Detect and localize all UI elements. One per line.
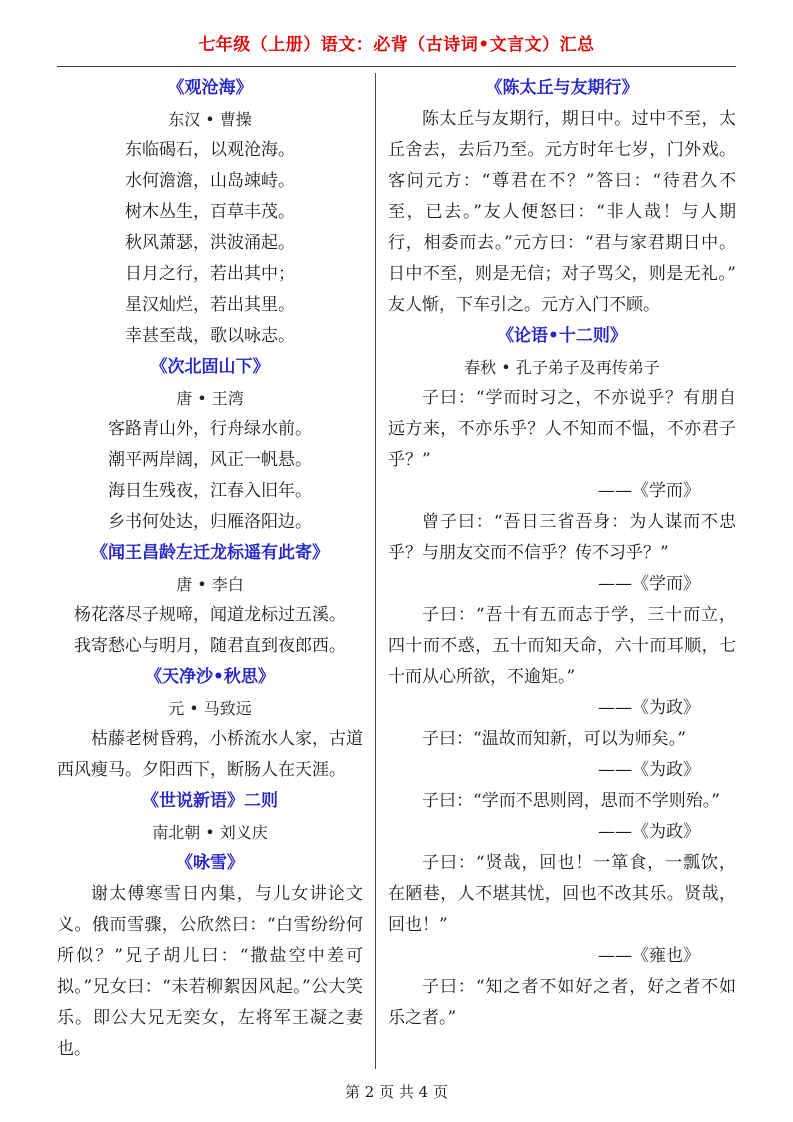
section-title: 《世说新语》二则 — [57, 786, 363, 817]
column-divider — [375, 73, 376, 1069]
author-line: 东汉 • 曹操 — [57, 104, 363, 135]
prose-paragraph: 谢太傅寒雪日内集，与儿女讲论文义。俄而雪骤，公欣然曰：“白雪纷纷何所似？”兄子胡… — [57, 879, 363, 1065]
section-poem: 《观沧海》东汉 • 曹操东临碣石，以观沧海。水何澹澹，山岛竦峙。树木丛生，百草丰… — [57, 73, 363, 352]
poem-line: 星汉灿烂，若出其里。 — [57, 290, 363, 321]
author-line: 元 • 马致远 — [57, 693, 363, 724]
section-title: 《观沧海》 — [57, 73, 363, 104]
analects-entry: 子曰：“知之者不如好之者，好之者不如乐之者。” — [388, 972, 736, 1034]
poem-line: 水何澹澹，山岛竦峙。 — [57, 166, 363, 197]
poem-line: 我寄愁心与明月，随君直到夜郎西。 — [57, 631, 363, 662]
poem-line: 幸甚至哉，歌以咏志。 — [57, 321, 363, 352]
citation-line: ——《雍也》 — [388, 941, 736, 972]
poem-line: 海日生残夜，江春入旧年。 — [57, 476, 363, 507]
analects-entry: 子曰：“学而不思则罔，思而不学则殆。” — [388, 786, 736, 817]
right-column: 《陈太丘与友期行》陈太丘与友期行，期日中。过中不至，太丘舍去，去后乃至。元方时年… — [388, 73, 736, 1069]
prose-paragraph: 陈太丘与友期行，期日中。过中不至，太丘舍去，去后乃至。元方时年七岁，门外戏。客问… — [388, 104, 736, 321]
author-line: 唐 • 李白 — [57, 569, 363, 600]
analects-entry: 子曰：“温故而知新，可以为师矣。” — [388, 724, 736, 755]
poem-line: 树木丛生，百草丰茂。 — [57, 197, 363, 228]
citation-line: ——《为政》 — [388, 817, 736, 848]
section-title: 《论语•十二则》 — [388, 321, 736, 352]
poem-line: 秋风萧瑟，洪波涌起。 — [57, 228, 363, 259]
author-line: 唐 • 王湾 — [57, 383, 363, 414]
prose-paragraph: 枯藤老树昏鸦，小桥流水人家，古道西风瘦马。夕阳西下，断肠人在天涯。 — [57, 724, 363, 786]
section-title: 《闻王昌龄左迁龙标遥有此寄》 — [57, 538, 363, 569]
page-header-title: 七年级（上册）语文：必背（古诗词•文言文）汇总 — [0, 0, 793, 55]
section-title: 《次北固山下》 — [57, 352, 363, 383]
document-page: 七年级（上册）语文：必背（古诗词•文言文）汇总 《观沧海》东汉 • 曹操东临碣石… — [0, 0, 793, 1122]
poem-line: 乡书何处达，归雁洛阳边。 — [57, 507, 363, 538]
section-poem: 《闻王昌龄左迁龙标遥有此寄》唐 • 李白杨花落尽子规啼，闻道龙标过五溪。我寄愁心… — [57, 538, 363, 662]
section-analects: 《论语•十二则》春秋 • 孔子弟子及再传弟子子曰：“学而时习之，不亦说乎？有朋自… — [388, 321, 736, 1034]
section-prose: 《陈太丘与友期行》陈太丘与友期行，期日中。过中不至，太丘舍去，去后乃至。元方时年… — [388, 73, 736, 321]
citation-line: ——《为政》 — [388, 755, 736, 786]
section-prose: 《咏雪》谢太傅寒雪日内集，与儿女讲论文义。俄而雪骤，公欣然曰：“白雪纷纷何所似？… — [57, 848, 363, 1065]
poem-line: 客路青山外，行舟绿水前。 — [57, 414, 363, 445]
two-column-body: 《观沧海》东汉 • 曹操东临碣石，以观沧海。水何澹澹，山岛竦峙。树木丛生，百草丰… — [57, 67, 736, 1069]
author-line: 春秋 • 孔子弟子及再传弟子 — [388, 352, 736, 383]
analects-entry: 子曰：“吾十有五而志于学，三十而立，四十而不惑，五十而知天命，六十而耳顺，七十而… — [388, 600, 736, 693]
section-title: 《陈太丘与友期行》 — [388, 73, 736, 104]
left-column: 《观沧海》东汉 • 曹操东临碣石，以观沧海。水何澹澹，山岛竦峙。树木丛生，百草丰… — [57, 73, 363, 1069]
poem-line: 杨花落尽子规啼，闻道龙标过五溪。 — [57, 600, 363, 631]
section-poem: 《次北固山下》唐 • 王湾客路青山外，行舟绿水前。潮平两岸阔，风正一帆悬。海日生… — [57, 352, 363, 538]
citation-line: ——《为政》 — [388, 693, 736, 724]
author-line: 南北朝 • 刘义庆 — [57, 817, 363, 848]
section-title: 《天净沙•秋思》 — [57, 662, 363, 693]
analects-entry: 子曰：“贤哉，回也！一箪食，一瓢饮，在陋巷，人不堪其忧，回也不改其乐。贤哉，回也… — [388, 848, 736, 941]
page-number-footer: 第 2 页 共 4 页 — [0, 1081, 793, 1102]
citation-line: ——《学而》 — [388, 569, 736, 600]
section-prose: 《天净沙•秋思》元 • 马致远枯藤老树昏鸦，小桥流水人家，古道西风瘦马。夕阳西下… — [57, 662, 363, 786]
poem-line: 东临碣石，以观沧海。 — [57, 135, 363, 166]
section-heading: 《世说新语》二则南北朝 • 刘义庆 — [57, 786, 363, 848]
section-title: 《咏雪》 — [57, 848, 363, 879]
citation-line: ——《学而》 — [388, 476, 736, 507]
poem-line: 日月之行，若出其中； — [57, 259, 363, 290]
analects-entry: 曾子曰：“吾日三省吾身：为人谋而不忠乎？与朋友交而不信乎？传不习乎？” — [388, 507, 736, 569]
analects-entry: 子曰：“学而时习之，不亦说乎？有朋自远方来，不亦乐乎？人不知而不愠，不亦君子乎？… — [388, 383, 736, 476]
poem-line: 潮平两岸阔，风正一帆悬。 — [57, 445, 363, 476]
